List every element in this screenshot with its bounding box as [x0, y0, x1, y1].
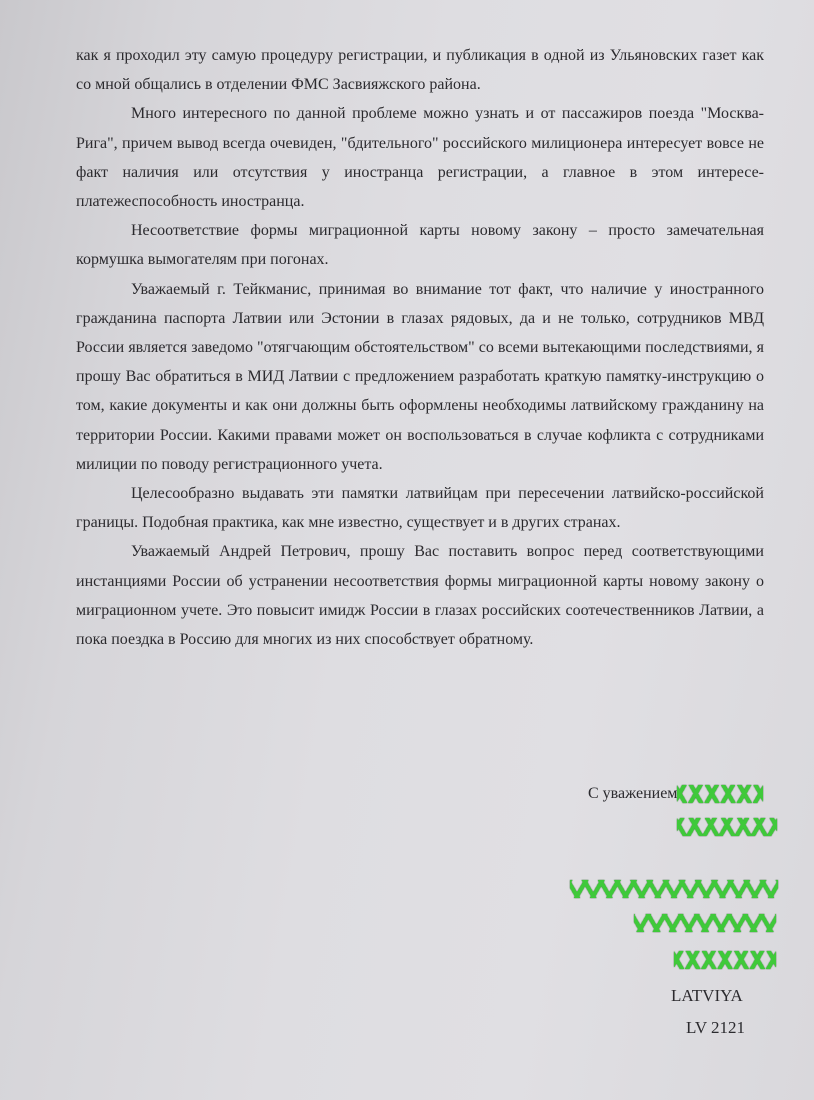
redacted-address-line-1 — [570, 880, 778, 898]
paragraph-6: Уважаемый Андрей Петрович, прошу Вас пос… — [76, 537, 764, 654]
redacted-address-line-3 — [674, 951, 776, 969]
country-text: LATVIYA — [671, 986, 743, 1006]
redacted-line-5 — [674, 949, 776, 971]
redacted-line-2 — [677, 816, 777, 838]
redacted-line-3 — [570, 878, 778, 900]
paragraph-4: Уважаемый г. Тейкманис, принимая во вним… — [76, 275, 764, 479]
redacted-name-part-1 — [677, 785, 763, 803]
redacted-address-line-2 — [634, 914, 776, 932]
paragraph-3: Несоответствие формы миграционной карты … — [76, 216, 764, 274]
redacted-line-4 — [634, 912, 776, 934]
paragraph-1: как я проходил эту самую процедуру регис… — [76, 41, 764, 99]
redacted-name-part-2 — [677, 818, 777, 836]
letter-body: как я проходил эту самую процедуру регис… — [76, 41, 764, 654]
closing-line: С уважением — [588, 783, 763, 805]
postal-code-text: LV 2121 — [686, 1018, 745, 1038]
closing-text: С уважением — [588, 785, 677, 803]
paragraph-2: Много интересного по данной проблеме мож… — [76, 99, 764, 216]
paragraph-5: Целесообразно выдавать эти памятки латви… — [76, 479, 764, 537]
